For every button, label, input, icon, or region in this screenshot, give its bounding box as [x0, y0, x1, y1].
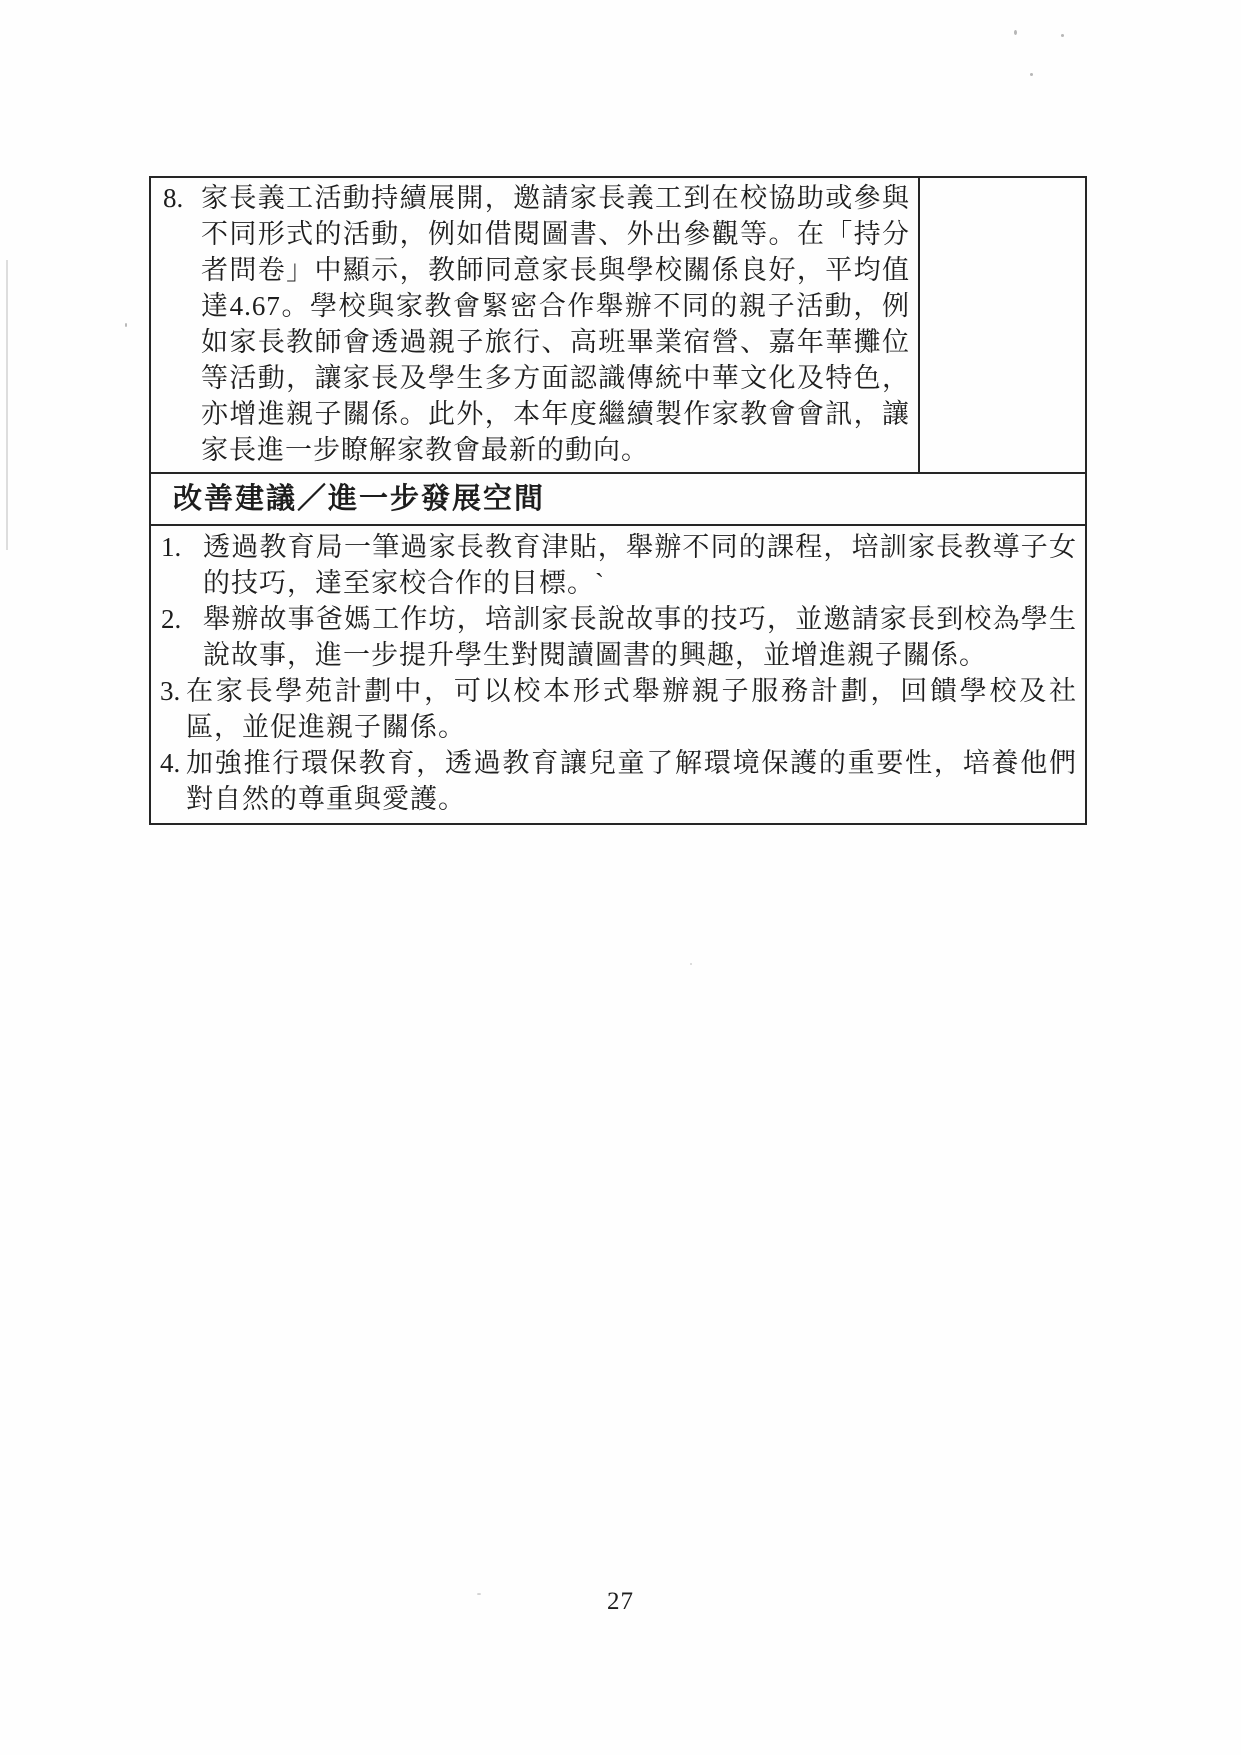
suggestion-item-2: 2. 舉辦故事爸媽工作坊，培訓家長說故事的技巧，並邀請家長到校為學生說故事，進一…: [159, 601, 1077, 673]
item-8-number: 8.: [163, 180, 201, 216]
item-8: 8. 家長義工活動持續展開，邀請家長義工到在校協助或參與不同形式的活動，例如借閱…: [163, 180, 910, 468]
scan-speck: [477, 1593, 481, 1595]
table-row-item-8: 8. 家長義工活動持續展開，邀請家長義工到在校協助或參與不同形式的活動，例如借閱…: [151, 178, 1085, 472]
suggestion-item-1: 1. 透過教育局一筆過家長教育津貼，舉辦不同的課程，培訓家長教導子女的技巧，達至…: [159, 529, 1077, 601]
report-table: 8. 家長義工活動持續展開，邀請家長義工到在校協助或參與不同形式的活動，例如借閱…: [149, 176, 1087, 825]
suggestion-item-4: 4. 加強推行環保教育，透過教育讓兒童了解環境保護的重要性，培養他們對自然的尊重…: [159, 745, 1077, 817]
document-page: 8. 家長義工活動持續展開，邀請家長義工到在校協助或參與不同形式的活動，例如借閱…: [0, 0, 1241, 1755]
scan-speck: [690, 963, 692, 965]
scan-speck: [1030, 73, 1033, 76]
scan-streak: [6, 260, 8, 550]
item-8-cell: 8. 家長義工活動持續展開，邀請家長義工到在校協助或參與不同形式的活動，例如借閱…: [151, 178, 918, 472]
item-8-empty-side-cell: [918, 178, 1085, 472]
page-number: 27: [0, 1588, 1241, 1616]
scan-speck: [125, 323, 127, 327]
suggestion-3-text: 在家長學苑計劃中，可以校本形式舉辦親子服務計劃，回饋學校及社區，並促進親子關係。: [186, 673, 1077, 745]
scan-speck: [1014, 30, 1017, 35]
section-header-row: 改善建議／進一步發展空間: [151, 472, 1085, 524]
scan-speck: [1061, 34, 1064, 37]
section-title: 改善建議／進一步發展空間: [173, 483, 545, 515]
suggestion-4-text: 加強推行環保教育，透過教育讓兒童了解環境保護的重要性，培養他們對自然的尊重與愛護…: [186, 745, 1077, 817]
suggestions-cell: 1. 透過教育局一筆過家長教育津貼，舉辦不同的課程，培訓家長教導子女的技巧，達至…: [151, 524, 1085, 823]
suggestion-3-number: 3.: [159, 673, 186, 709]
suggestion-2-number: 2.: [159, 601, 203, 637]
suggestion-4-number: 4.: [159, 745, 186, 781]
suggestion-2-text: 舉辦故事爸媽工作坊，培訓家長說故事的技巧，並邀請家長到校為學生說故事，進一步提升…: [203, 601, 1077, 673]
suggestion-1-text: 透過教育局一筆過家長教育津貼，舉辦不同的課程，培訓家長教導子女的技巧，達至家校合…: [203, 529, 1077, 601]
suggestion-item-3: 3. 在家長學苑計劃中，可以校本形式舉辦親子服務計劃，回饋學校及社區，並促進親子…: [159, 673, 1077, 745]
suggestion-1-number: 1.: [159, 529, 203, 565]
item-8-text: 家長義工活動持續展開，邀請家長義工到在校協助或參與不同形式的活動，例如借閱圖書、…: [201, 180, 910, 468]
